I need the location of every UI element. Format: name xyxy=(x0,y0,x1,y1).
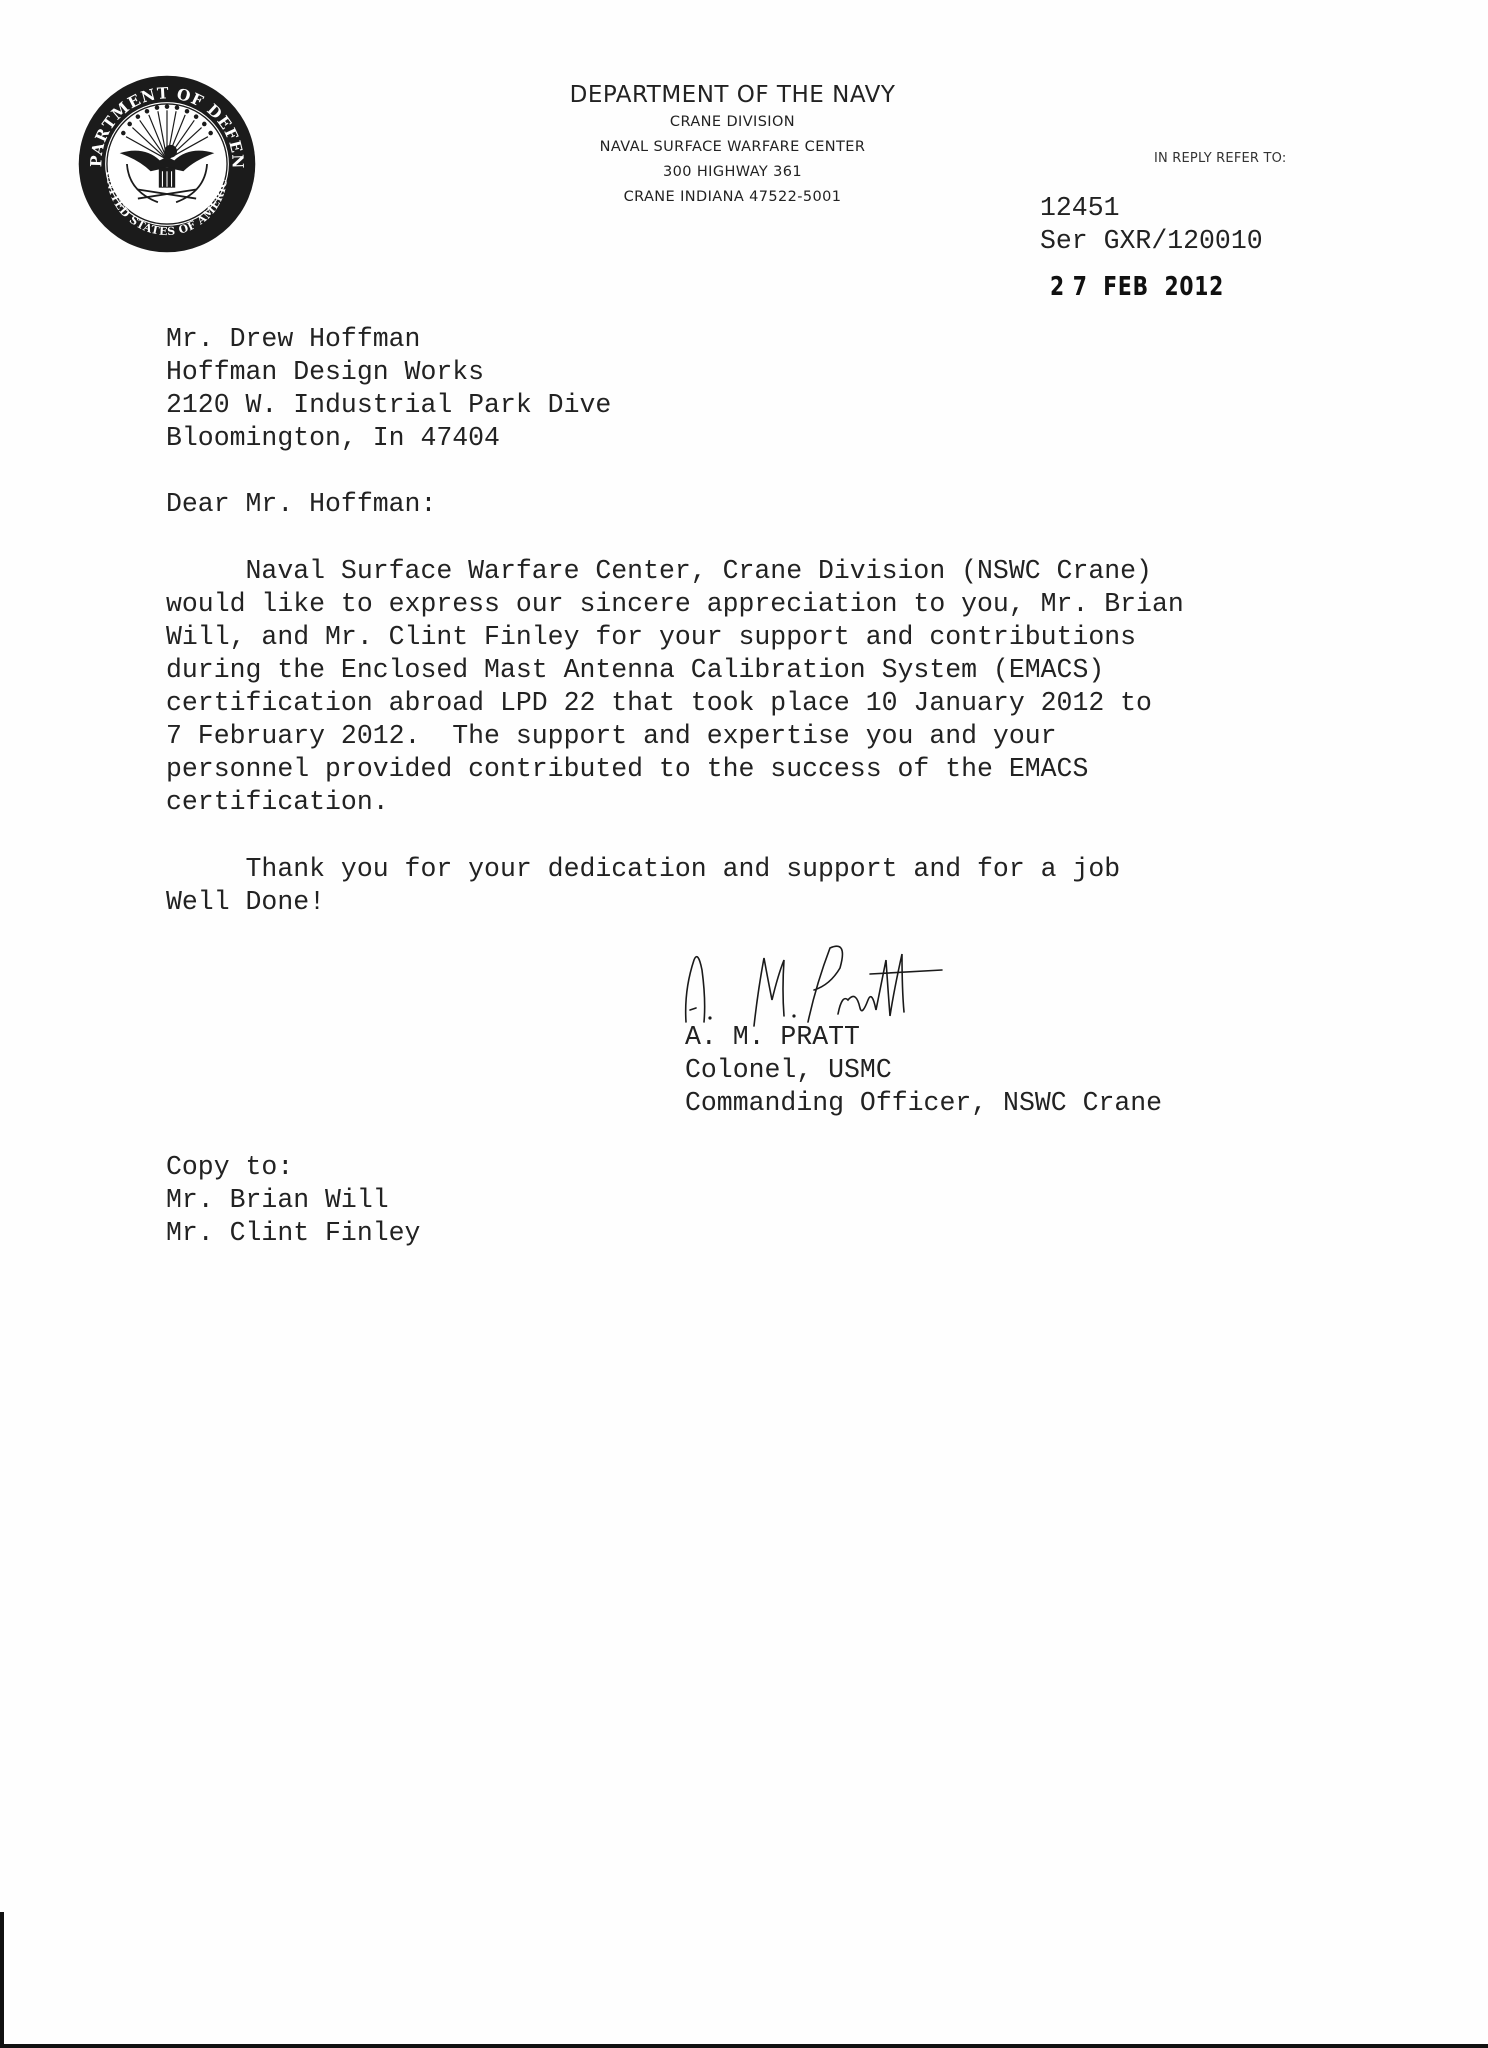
address-line: Hoffman Design Works xyxy=(166,356,611,389)
salutation: Dear Mr. Hoffman: xyxy=(166,488,436,521)
reference-code: 12451 xyxy=(1040,192,1263,225)
body-line: during the Enclosed Mast Antenna Calibra… xyxy=(166,654,1366,687)
body-line: would like to express our sincere apprec… xyxy=(166,588,1366,621)
date-stamp: 2 7 FEB 2012 xyxy=(1050,272,1224,302)
recipient-address: Mr. Drew HoffmanHoffman Design Works2120… xyxy=(166,323,611,455)
letterhead: DEPARTMENT OF THE NAVY CRANE DIVISION NA… xyxy=(480,80,985,210)
reply-refer-label: IN REPLY REFER TO: xyxy=(1154,151,1286,166)
reference-block: 12451Ser GXR/120010 xyxy=(1040,192,1263,258)
letterhead-line: CRANE DIVISION xyxy=(480,110,985,135)
address-line: Bloomington, In 47404 xyxy=(166,422,611,455)
body-line: certification. xyxy=(166,786,1366,819)
signer-title: Commanding Officer, NSWC Crane xyxy=(685,1087,1162,1120)
body-line: Thank you for your dedication and suppor… xyxy=(166,853,1120,886)
copy-to-block: Copy to:Mr. Brian WillMr. Clint Finley xyxy=(166,1151,420,1250)
address-line: 2120 W. Industrial Park Dive xyxy=(166,389,611,422)
handwritten-signature xyxy=(680,930,970,1030)
department-title: DEPARTMENT OF THE NAVY xyxy=(480,80,985,110)
department-of-defense-seal-icon: DEPARTMENT OF DEFENSE UNITED STATES OF A… xyxy=(76,73,258,255)
body-paragraph-2: Thank you for your dedication and suppor… xyxy=(166,853,1120,919)
copy-recipient: Mr. Clint Finley xyxy=(166,1217,420,1250)
signer-name: A. M. PRATT xyxy=(685,1021,1162,1054)
address-line: Mr. Drew Hoffman xyxy=(166,323,611,356)
letterhead-line: CRANE INDIANA 47522-5001 xyxy=(480,185,985,210)
copy-to-label: Copy to: xyxy=(166,1151,420,1184)
signature-block: A. M. PRATTColonel, USMCCommanding Offic… xyxy=(685,1021,1162,1120)
body-line: 7 February 2012. The support and experti… xyxy=(166,720,1366,753)
body-line: personnel provided contributed to the su… xyxy=(166,753,1366,786)
reference-serial: Ser GXR/120010 xyxy=(1040,225,1263,258)
scan-edge-left xyxy=(0,1912,4,2048)
signer-rank: Colonel, USMC xyxy=(685,1054,1162,1087)
body-line: certification abroad LPD 22 that took pl… xyxy=(166,687,1366,720)
copy-recipient: Mr. Brian Will xyxy=(166,1184,420,1217)
body-line: Will, and Mr. Clint Finley for your supp… xyxy=(166,621,1366,654)
body-paragraph-1: Naval Surface Warfare Center, Crane Divi… xyxy=(166,555,1366,819)
letterhead-line: NAVAL SURFACE WARFARE CENTER xyxy=(480,135,985,160)
body-line: Naval Surface Warfare Center, Crane Divi… xyxy=(166,555,1366,588)
body-line: Well Done! xyxy=(166,886,1120,919)
letter-page: DEPARTMENT OF DEFENSE UNITED STATES OF A… xyxy=(0,0,1488,2048)
letterhead-line: 300 HIGHWAY 361 xyxy=(480,160,985,185)
scan-edge-bottom xyxy=(0,2044,1488,2048)
